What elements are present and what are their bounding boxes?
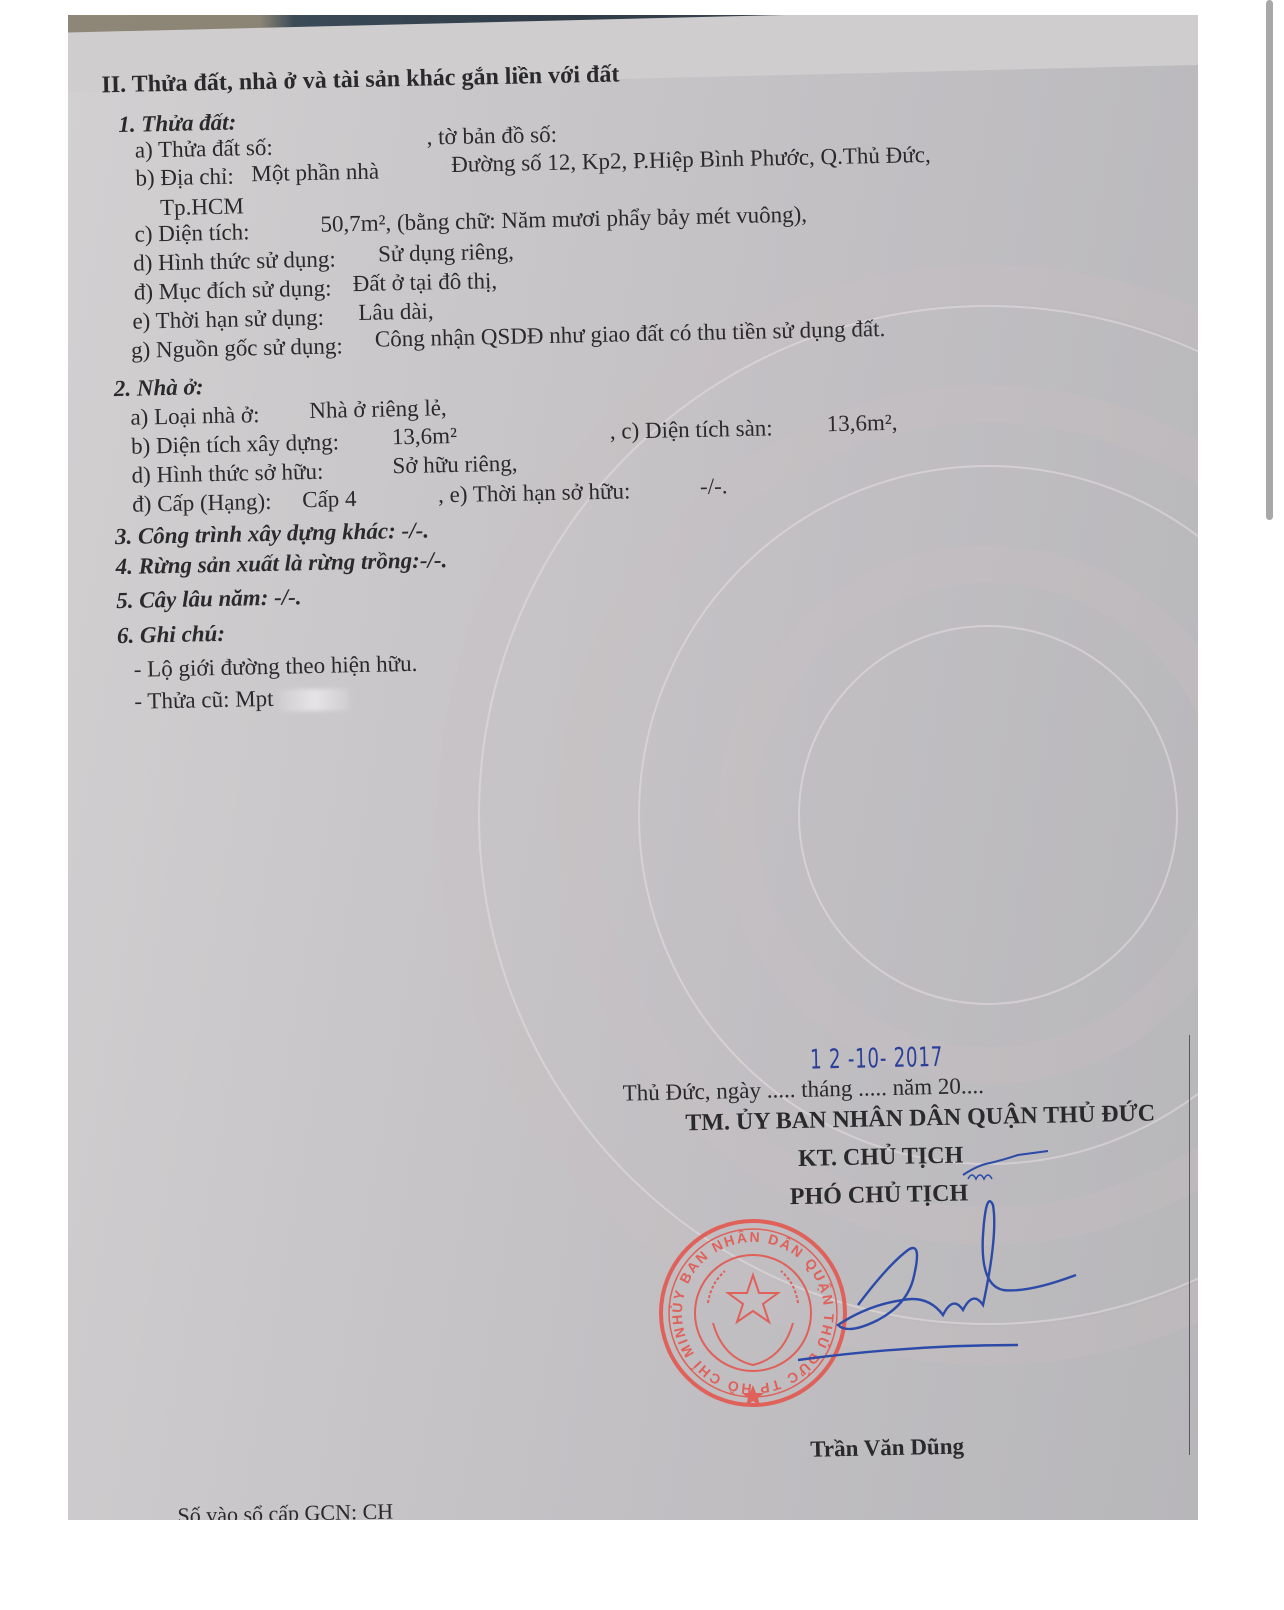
vertical-scrollbar[interactable] bbox=[1266, 0, 1273, 520]
house-heading: 2. Nhà ở: bbox=[114, 374, 204, 402]
place-date-line: Thủ Đức, ngày ..... tháng ..... năm 20..… bbox=[622, 1073, 984, 1107]
land-term-label: e) Thời hạn sử dụng: bbox=[132, 305, 324, 335]
land-address-part3: Tp.HCM bbox=[160, 193, 244, 221]
house-ownership-term-value: -/-. bbox=[700, 473, 728, 500]
house-grade-label: đ) Cấp (Hạng): bbox=[132, 489, 272, 518]
stamped-issue-date: 1 2 -10- 2017 bbox=[810, 1042, 944, 1076]
house-grade-value: Cấp 4 bbox=[302, 486, 357, 513]
issuing-authority: TM. ỦY BAN NHÂN DÂN QUẬN THỦ ĐỨC bbox=[685, 1100, 1155, 1137]
production-forest: 4. Rừng sản xuất là rừng trồng:-/-. bbox=[115, 547, 447, 580]
land-heading: 1. Thửa đất: bbox=[118, 110, 236, 138]
note-item: - Thửa cũ: Mpt bbox=[134, 684, 349, 714]
land-purpose-label: đ) Mục đích sử dụng: bbox=[134, 276, 332, 306]
land-origin-label: g) Nguồn gốc sử dụng: bbox=[131, 333, 343, 363]
house-ownership-label: d) Hình thức sở hữu: bbox=[131, 459, 323, 489]
land-purpose-value: Đất ở tại đô thị, bbox=[352, 268, 497, 297]
signer-name: Trần Văn Dũng bbox=[810, 1434, 964, 1463]
land-term-value: Lâu dài, bbox=[358, 298, 434, 326]
house-floor-area-label: , c) Diện tích sàn: bbox=[610, 415, 773, 444]
notes-heading: 6. Ghi chú: bbox=[117, 621, 226, 649]
land-origin-value: Công nhận QSDĐ như giao đất có thu tiền … bbox=[375, 316, 886, 353]
document-photo: II. Thửa đất, nhà ở và tài sản khác gắn … bbox=[68, 15, 1198, 1520]
house-type-value: Nhà ở riêng lẻ, bbox=[309, 395, 447, 424]
page-edge-line bbox=[1189, 1035, 1190, 1455]
other-construction: 3. Công trình xây dựng khác: -/-. bbox=[115, 518, 430, 551]
land-address-label: b) Địa chỉ: bbox=[135, 164, 234, 192]
section-title: II. Thửa đất, nhà ở và tài sản khác gắn … bbox=[101, 61, 619, 99]
land-parcel-number-label: a) Thửa đất số: bbox=[135, 135, 273, 164]
house-type-label: a) Loại nhà ở: bbox=[130, 402, 260, 431]
land-map-sheet-label: , tờ bản đồ số: bbox=[426, 122, 557, 151]
land-usage-form-label: d) Hình thức sử dụng: bbox=[133, 246, 336, 276]
note-item: - Lộ giới đường theo hiện hữu. bbox=[133, 651, 417, 683]
house-building-area-label: b) Diện tích xây dựng: bbox=[131, 429, 339, 459]
house-ownership-term-label: , e) Thời hạn sở hữu: bbox=[438, 478, 631, 508]
house-building-area-value: 13,6m² bbox=[392, 423, 458, 450]
signature-icon bbox=[728, 1145, 1128, 1385]
registry-number: Số vào sổ cấp GCN: CH bbox=[177, 1499, 393, 1520]
perennial-trees: 5. Cây lâu năm: -/-. bbox=[116, 584, 302, 614]
land-area-value: 50,7m², (bằng chữ: Năm mươi phẩy bảy mét… bbox=[320, 202, 807, 238]
land-area-label: c) Diện tích: bbox=[134, 219, 249, 247]
note-item-text: - Thửa cũ: Mpt bbox=[134, 686, 274, 714]
house-ownership-value: Sở hữu riêng, bbox=[392, 451, 517, 480]
redacted-region bbox=[279, 688, 349, 711]
land-usage-form-value: Sử dụng riêng, bbox=[378, 239, 514, 268]
house-floor-area-value: 13,6m², bbox=[826, 410, 897, 437]
image-viewer: II. Thửa đất, nhà ở và tài sản khác gắn … bbox=[0, 0, 1284, 1610]
land-address-part1: Một phần nhà bbox=[251, 159, 379, 188]
